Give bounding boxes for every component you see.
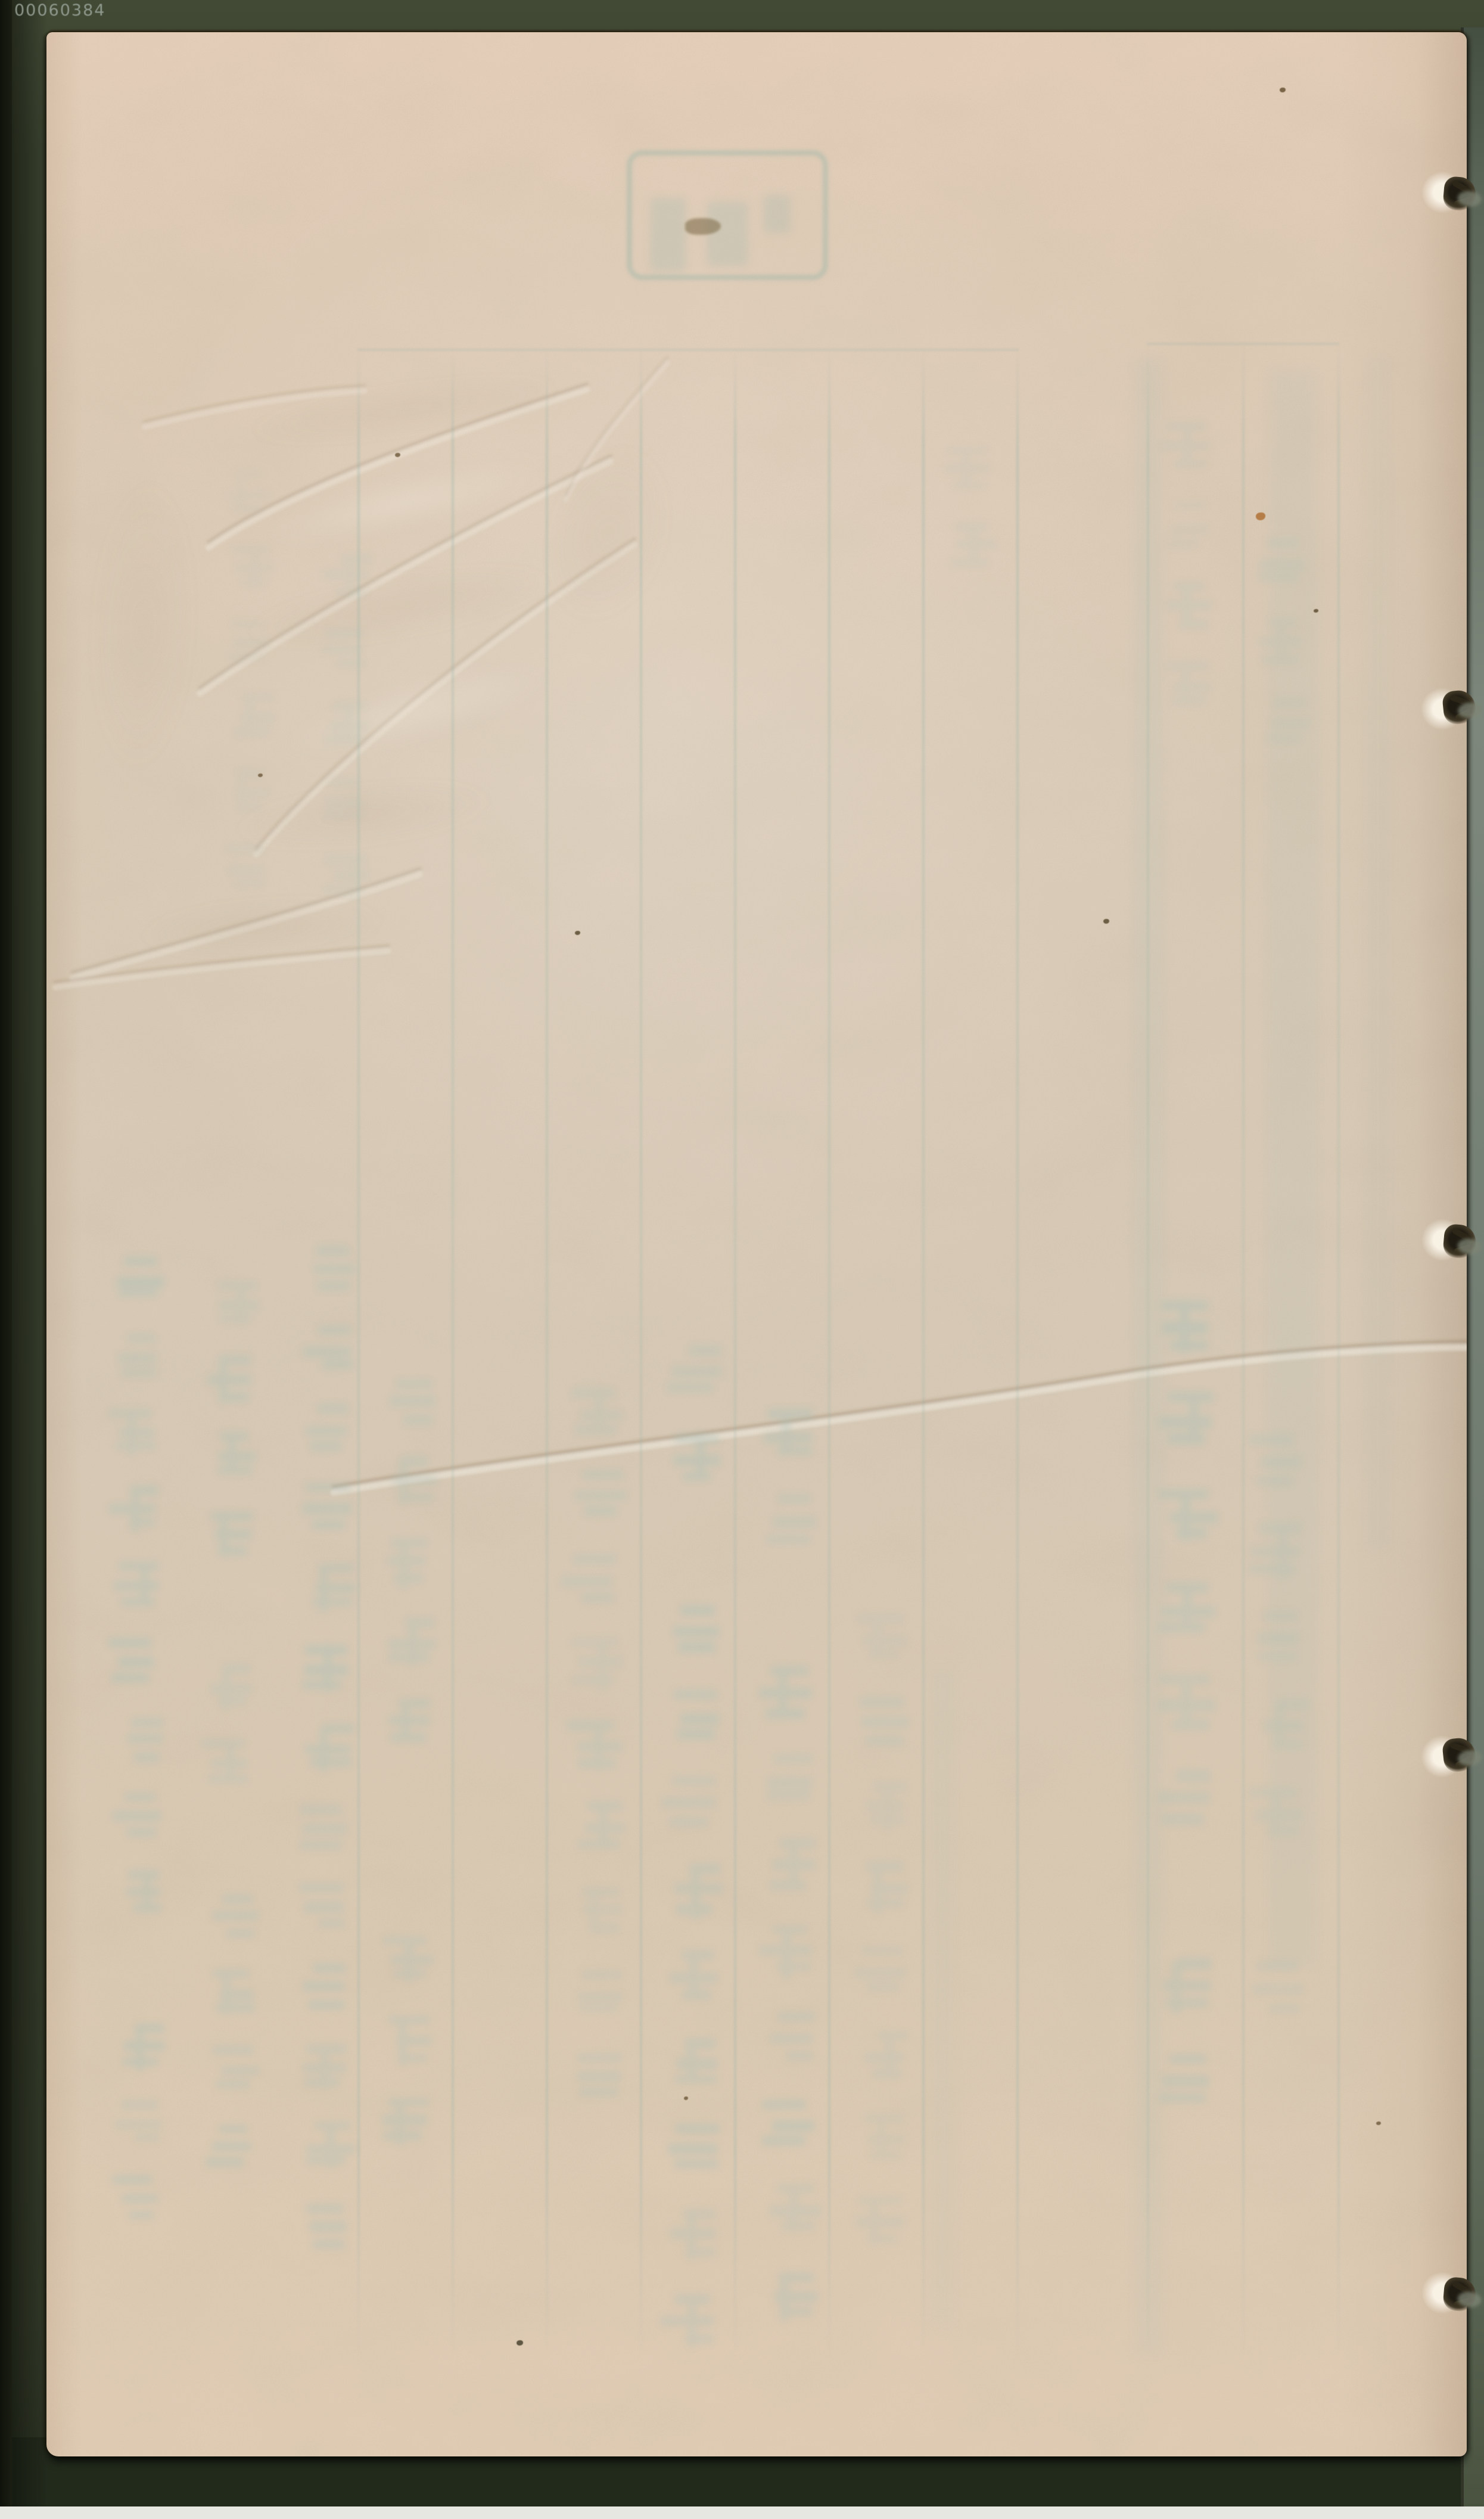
ghost-glyph	[116, 1251, 164, 1309]
ghost-glyph-stroke	[1171, 524, 1209, 535]
ghost-glyph-stroke	[577, 1992, 622, 2002]
ghost-glyph	[571, 1383, 623, 1445]
ghost-glyph	[764, 2007, 818, 2071]
ghost-glyph-stroke	[1173, 682, 1211, 692]
ghost-glyph-stroke	[767, 1790, 810, 1800]
ghost-glyph-stroke	[396, 2101, 403, 2145]
ghost-glyph-stroke	[770, 2033, 813, 2044]
ghost-glyph	[1155, 1293, 1214, 1363]
ghost-glyph	[327, 548, 374, 604]
ghost-glyph-stroke	[962, 449, 969, 489]
ghost-glyph	[113, 1481, 161, 1539]
ghost-glyph-stroke	[388, 2098, 430, 2107]
ghost-glyph-stroke	[778, 1494, 811, 1504]
ghost-glyph-stroke	[574, 1554, 616, 1564]
ghost-glyph-stroke	[388, 2016, 430, 2024]
ghost-glyph-stroke	[766, 1535, 810, 1543]
ghost-glyph-stroke	[322, 645, 363, 654]
ghost-glyph	[211, 1965, 259, 2023]
ghost-glyph	[668, 2031, 723, 2095]
ghost-glyph-stroke	[222, 1971, 230, 2014]
ghost-glyph-stroke	[305, 1745, 351, 1754]
ghost-glyph-stroke	[581, 1970, 621, 1978]
ghost-glyph-stroke	[1263, 1611, 1297, 1620]
ghost-glyph	[764, 1834, 818, 1899]
ghost-glyph-stroke	[1180, 1300, 1189, 1353]
ghost-glyph	[667, 1599, 721, 1664]
ghost-grid-line	[640, 349, 642, 2357]
ghost-glyph	[665, 1945, 719, 2009]
ghost-glyph-stroke	[598, 1641, 606, 1690]
ghost-column	[1158, 1293, 1217, 2141]
ghost-glyph-stroke	[399, 2020, 406, 2065]
ghost-glyph-stroke	[671, 1366, 721, 1377]
ghost-glyph-stroke	[1171, 1961, 1181, 2013]
ghost-glyph-stroke	[1271, 1788, 1280, 1832]
ghost-glyph-stroke	[304, 1902, 344, 1913]
ghost-glyph-stroke	[320, 1728, 328, 1771]
ghost-glyph	[207, 1352, 256, 1409]
ghost-glyph-stroke	[773, 1754, 813, 1763]
ghost-glyph-stroke	[877, 2116, 885, 2160]
ghost-glyph	[300, 1958, 350, 2018]
ghost-glyph-stroke	[336, 660, 364, 668]
ghost-glyph-stroke	[1183, 1582, 1192, 1630]
ghost-glyph-stroke	[211, 1512, 253, 1521]
ghost-glyph	[665, 2290, 720, 2354]
ghost-glyph-stroke	[391, 1539, 428, 1546]
ghost-glyph-stroke	[1183, 424, 1191, 465]
ghost-glyph	[307, 1319, 357, 1379]
ghost-glyph-stroke	[860, 1697, 904, 1707]
ghost-glyph-stroke	[312, 2240, 346, 2249]
ghost-glyph-stroke	[680, 1713, 718, 1725]
ghost-grid-line	[1147, 343, 1149, 2360]
ghost-glyph-stroke	[321, 2044, 329, 2089]
ghost-glyph-stroke	[866, 1899, 904, 1907]
ghost-glyph-stroke	[770, 1666, 808, 1675]
ghost-glyph-stroke	[767, 1776, 813, 1788]
ghost-glyph-stroke	[237, 470, 244, 513]
ghost-glyph-stroke	[234, 880, 266, 887]
ghost-glyph-stroke	[120, 1428, 154, 1437]
ghost-glyph-stroke	[327, 778, 359, 787]
ghost-glyph-stroke	[227, 865, 265, 875]
ghost-glyph	[1156, 1953, 1215, 2023]
ghost-glyph-stroke	[1261, 1456, 1301, 1467]
ghost-glyph-stroke	[572, 1675, 614, 1684]
ghost-glyph-stroke	[341, 554, 372, 563]
ghost-glyph-stroke	[1279, 1527, 1288, 1580]
ghost-glyph-stroke	[1249, 1434, 1293, 1445]
ghost-glyph	[859, 2024, 911, 2086]
book-scan: 00060384	[0, 0, 1484, 2519]
ghost-glyph-stroke	[1158, 1622, 1205, 1632]
ghost-glyph-stroke	[1258, 560, 1304, 571]
ghost-glyph	[206, 1658, 254, 1716]
ghost-glyph-stroke	[140, 1564, 148, 1606]
ghost-glyph-stroke	[318, 1326, 351, 1334]
ghost-glyph-stroke	[130, 1490, 138, 1532]
ghost-glyph-stroke	[237, 1281, 245, 1323]
ghost-glyph-stroke	[135, 2133, 160, 2142]
ghost-glyph-stroke	[316, 1246, 349, 1256]
ghost-glyph-stroke	[1162, 2075, 1209, 2087]
ghost-glyph-stroke	[323, 886, 362, 894]
ghost-glyph-stroke	[211, 2045, 254, 2055]
ghost-glyph-stroke	[108, 1638, 151, 1647]
ghost-glyph-stroke	[762, 2136, 805, 2145]
ghost-glyph-stroke	[215, 2080, 250, 2089]
ghost-glyph-stroke	[400, 1542, 408, 1589]
ghost-glyph-stroke	[219, 1452, 255, 1462]
ghost-glyph	[110, 1635, 158, 1692]
ghost-glyph	[300, 1799, 350, 1858]
ghost-glyph-stroke	[251, 546, 259, 589]
ghost-glyph-stroke	[323, 570, 369, 579]
ghost-glyph	[858, 1775, 910, 1837]
ghost-glyph-stroke	[777, 2011, 814, 2022]
ghost-glyph	[1249, 1606, 1304, 1672]
ghost-glyph	[948, 441, 997, 498]
ghost-glyph	[225, 465, 272, 521]
ghost-column	[571, 1383, 623, 2130]
ghost-glyph	[388, 1613, 438, 1672]
ghost-glyph-stroke	[1158, 1792, 1209, 1803]
ghost-glyph-stroke	[119, 1562, 158, 1570]
ghost-glyph-stroke	[1159, 1416, 1211, 1428]
ghost-grid-line	[1337, 343, 1340, 2360]
ghost-glyph-stroke	[780, 2275, 789, 2321]
ghost-glyph	[382, 1533, 432, 1592]
ghost-glyph-stroke	[210, 1684, 252, 1694]
ghost-glyph	[224, 615, 271, 671]
ghost-glyph-stroke	[676, 2058, 718, 2070]
ghost-glyph	[1164, 657, 1214, 716]
ghost-glyph-stroke	[1274, 698, 1306, 707]
ghost-glyph	[664, 1772, 718, 1837]
ghost-glyph-stroke	[669, 1817, 708, 1827]
ghost-glyph	[321, 774, 368, 830]
stitch-hole	[1418, 1726, 1484, 1790]
ghost-glyph-stroke	[299, 1883, 344, 1892]
ghost-glyph-stroke	[1182, 663, 1190, 705]
ghost-glyph	[1163, 577, 1214, 636]
ghost-glyph-stroke	[672, 1776, 714, 1785]
ghost-glyph	[388, 1373, 438, 1433]
ghost-glyph-stroke	[314, 1265, 355, 1274]
ghost-glyph	[860, 2107, 912, 2169]
stitch-hole	[1418, 679, 1484, 742]
ghost-glyph-stroke	[578, 1840, 620, 1848]
ghost-glyph	[575, 1465, 627, 1527]
ghost-glyph-stroke	[112, 2175, 153, 2184]
ghost-glyph-stroke	[667, 1383, 712, 1392]
ghost-glyph-stroke	[590, 1886, 598, 1929]
ghost-glyph	[224, 840, 271, 896]
ghost-glyph-stroke	[323, 1724, 354, 1734]
ghost-glyph-stroke	[113, 1811, 161, 1821]
ghost-glyph-stroke	[111, 1673, 149, 1682]
ghost-glyph	[1259, 692, 1309, 752]
ghost-glyph-stroke	[318, 1281, 350, 1290]
ghost-glyph-stroke	[660, 2316, 713, 2326]
ghost-glyph	[1160, 1387, 1219, 1458]
ghost-glyph	[1159, 1576, 1218, 1646]
ghost-glyph	[118, 1712, 166, 1769]
ghost-glyph	[948, 518, 996, 575]
ghost-glyph	[111, 2172, 160, 2229]
ghost-glyph	[1255, 613, 1305, 672]
ghost-glyph	[300, 2038, 350, 2098]
ghost-glyph-stroke	[323, 1644, 331, 1691]
book-page	[46, 32, 1467, 2456]
ghost-column	[210, 1275, 258, 2195]
ghost-glyph	[572, 1881, 624, 1943]
ghost-glyph-stroke	[127, 1734, 163, 1743]
ghost-glyph	[206, 1735, 254, 1793]
ghost-glyph-stroke	[674, 2160, 718, 2169]
ghost-glyph	[307, 1719, 357, 1778]
ghost-glyph	[1256, 1694, 1311, 1759]
ghost-glyph	[571, 1714, 623, 1776]
ghost-glyph	[301, 1639, 351, 1698]
ghost-glyph	[1161, 497, 1211, 557]
ghost-glyph-stroke	[318, 1404, 347, 1413]
ghost-glyph-stroke	[1264, 1721, 1303, 1731]
stitch-hole	[1418, 1212, 1484, 1275]
ghost-glyph-stroke	[583, 1470, 623, 1479]
ghost-glyph-stroke	[867, 2135, 906, 2145]
ghost-glyph-stroke	[782, 1930, 791, 1980]
ghost-glyph-stroke	[119, 1353, 156, 1363]
ghost-glyph	[387, 1453, 437, 1512]
ghost-glyph-stroke	[861, 1716, 909, 1728]
ghost-glyph	[1258, 533, 1308, 592]
ghost-glyph-stroke	[382, 2114, 427, 2125]
ghost-glyph-stroke	[1250, 1546, 1300, 1557]
ghost-grid-line	[546, 349, 548, 2357]
ghost-glyph	[206, 2119, 254, 2176]
ghost-glyph-stroke	[122, 1598, 154, 1606]
ghost-glyph-stroke	[1256, 1961, 1298, 1970]
ghost-glyph	[116, 1558, 164, 1616]
ghost-glyph	[119, 2018, 167, 2075]
ghost-glyph-stroke	[136, 2026, 144, 2071]
ghost-glyph-stroke	[306, 1483, 350, 1492]
ghost-glyph-stroke	[687, 2299, 696, 2347]
ghost-glyph-stroke	[772, 2120, 814, 2132]
ghost-glyph-stroke	[668, 2144, 717, 2154]
scan-left-shadow	[12, 0, 48, 2509]
ghost-glyph-stroke	[680, 1605, 715, 1616]
ghost-glyph	[1163, 417, 1213, 477]
ghost-glyph	[859, 1858, 911, 1920]
ghost-glyph-stroke	[1167, 539, 1199, 548]
ghost-glyph	[386, 1692, 436, 1752]
ghost-glyph	[1248, 1430, 1303, 1496]
ghost-glyph-stroke	[1257, 1632, 1299, 1645]
ghost-glyph	[574, 1798, 626, 1860]
ghost-glyph-stroke	[673, 1626, 719, 1637]
ghost-glyph-stroke	[324, 855, 366, 864]
ghost-glyph	[212, 1889, 260, 1946]
ghost-glyph	[228, 540, 275, 596]
ghost-glyph-stroke	[394, 1573, 423, 1583]
ghost-glyph-stroke	[678, 1642, 714, 1653]
ghost-glyph-stroke	[1257, 573, 1298, 582]
ghost-glyph-stroke	[122, 1368, 155, 1377]
ghost-glyph-stroke	[769, 1880, 805, 1890]
ghost-glyph-stroke	[122, 2100, 158, 2110]
ghost-glyph-stroke	[1275, 1700, 1284, 1747]
scan-bottom-margin	[0, 2506, 1484, 2519]
ghost-glyph-stroke	[584, 1505, 616, 1515]
ghost-glyph	[207, 1505, 256, 1563]
ghost-glyph	[761, 1748, 816, 1813]
ghost-glyph-stroke	[1271, 719, 1309, 728]
ghost-glyph-stroke	[310, 1757, 351, 1767]
ghost-glyph-stroke	[303, 1981, 344, 1991]
ghost-glyph-stroke	[778, 1669, 787, 1713]
ghost-glyph-stroke	[873, 1616, 881, 1658]
ghost-glyph	[322, 623, 369, 679]
ghost-glyph	[209, 1428, 257, 1486]
ghost-glyph-stroke	[119, 1657, 154, 1667]
ghost-glyph-stroke	[222, 1666, 230, 1710]
ghost-glyph-stroke	[226, 490, 270, 499]
ghost-glyph	[574, 1632, 626, 1694]
ghost-glyph-stroke	[246, 698, 254, 735]
ghost-glyph-stroke	[577, 2054, 621, 2062]
ghost-glyph	[671, 1341, 725, 1405]
ghost-glyph-stroke	[300, 1840, 341, 1850]
ghost-grid-line	[828, 349, 830, 2357]
ghost-glyph-stroke	[567, 1720, 613, 1731]
ghost-glyph-stroke	[675, 2124, 720, 2133]
ghost-glyph-stroke	[1175, 1770, 1209, 1782]
ghost-glyph-stroke	[231, 545, 269, 554]
ghost-glyph-stroke	[233, 638, 267, 648]
ghost-glyph	[325, 698, 372, 754]
ghost-grid-line	[452, 349, 454, 2357]
ghost-glyph-stroke	[390, 1396, 435, 1406]
ghost-glyph	[856, 1609, 908, 1671]
ghost-glyph-stroke	[1161, 1813, 1203, 1825]
ghost-glyph-stroke	[571, 1638, 617, 1646]
ghost-glyph-stroke	[303, 1503, 351, 1514]
ghost-glyph-stroke	[312, 1598, 352, 1605]
ghost-glyph	[857, 1941, 909, 2003]
ghost-column	[860, 1609, 911, 2273]
ghost-glyph-stroke	[345, 704, 353, 741]
ghost-glyph-stroke	[402, 1701, 409, 1741]
ghost-glyph	[1249, 1782, 1304, 1847]
ghost-glyph-stroke	[873, 1866, 882, 1914]
scan-id-label: 00060384	[14, 1, 105, 20]
ghost-glyph-stroke	[219, 1315, 250, 1322]
ghost-glyph-stroke	[867, 1982, 899, 1992]
ghost-glyph-stroke	[226, 1742, 234, 1782]
ghost-glyph-stroke	[1163, 1980, 1211, 1991]
ghost-glyph	[306, 2118, 356, 2178]
ghost-glyph	[670, 1858, 724, 1922]
ghost-glyph-stroke	[885, 2033, 894, 2076]
ghost-glyph-stroke	[322, 1359, 353, 1369]
ghost-glyph-stroke	[238, 770, 245, 812]
ghost-glyph-stroke	[1181, 1489, 1190, 1540]
bleedthrough-wash	[931, 1669, 954, 2324]
ghost-glyph-stroke	[325, 629, 364, 638]
ghost-glyph-stroke	[595, 1387, 603, 1431]
ghost-glyph-stroke	[218, 2125, 247, 2133]
ghost-glyph	[225, 765, 272, 821]
ghost-glyph-stroke	[134, 1753, 158, 1762]
ghost-glyph-stroke	[300, 1805, 341, 1815]
ghost-glyph-stroke	[207, 1375, 250, 1386]
ghost-glyph-stroke	[1181, 1680, 1190, 1728]
ghost-glyph-stroke	[409, 1619, 416, 1666]
ghost-glyph-stroke	[1277, 621, 1285, 664]
ghost-glyph-stroke	[773, 1516, 816, 1528]
ghost-glyph-stroke	[673, 1690, 717, 1699]
ghost-glyph-stroke	[579, 2087, 619, 2097]
ghost-glyph-stroke	[326, 2126, 334, 2168]
ghost-glyph-stroke	[594, 1721, 602, 1770]
ghost-glyph	[669, 1427, 723, 1492]
ghost-glyph-stroke	[126, 1828, 155, 1837]
ghost-glyph	[304, 1479, 354, 1539]
ghost-glyph-stroke	[211, 1970, 250, 1977]
ghost-glyph	[855, 2191, 907, 2253]
ghost-glyph	[383, 2092, 433, 2151]
ghost-glyph-stroke	[224, 844, 265, 853]
ghost-glyph	[861, 1692, 913, 1754]
ghost-glyph-stroke	[306, 2156, 345, 2165]
ghost-glyph	[231, 690, 278, 746]
ghost-glyph-stroke	[1159, 2093, 1206, 2102]
ghost-glyph	[211, 2042, 260, 2099]
ghost-glyph-stroke	[219, 1359, 227, 1403]
ghost-glyph-stroke	[870, 2197, 878, 2245]
ghost-glyph-stroke	[866, 1736, 904, 1745]
ghost-glyph-stroke	[1257, 1653, 1297, 1661]
ghost-glyph-stroke	[676, 1729, 715, 1740]
ghost-grid-line	[1016, 349, 1019, 2357]
ghost-grid-rule	[357, 349, 1019, 351]
ghost-glyph-stroke	[125, 1793, 155, 1801]
ghost-glyph	[213, 1275, 261, 1333]
ghost-glyph	[667, 2203, 721, 2268]
ghost-glyph	[302, 1399, 352, 1459]
ghost-glyph-stroke	[691, 1868, 700, 1919]
ghost-glyph-stroke	[121, 2194, 157, 2203]
ghost-glyph-stroke	[580, 2004, 617, 2012]
ghost-glyph-stroke	[858, 2197, 901, 2205]
ghost-glyph-stroke	[866, 1862, 903, 1871]
ghost-glyph	[667, 1686, 721, 1750]
ghost-glyph	[326, 849, 374, 905]
ghost-glyph	[1250, 1518, 1305, 1583]
ghost-glyph-stroke	[571, 1389, 615, 1397]
ghost-glyph	[669, 2117, 723, 2181]
ghost-glyph	[763, 1403, 817, 1468]
ghost-glyph-stroke	[687, 2209, 696, 2259]
ghost-glyph	[768, 2179, 822, 2244]
ghost-glyph	[1155, 1765, 1214, 1835]
ghost-glyph-stroke	[129, 2211, 154, 2219]
ghost-glyph-stroke	[306, 1427, 347, 1436]
